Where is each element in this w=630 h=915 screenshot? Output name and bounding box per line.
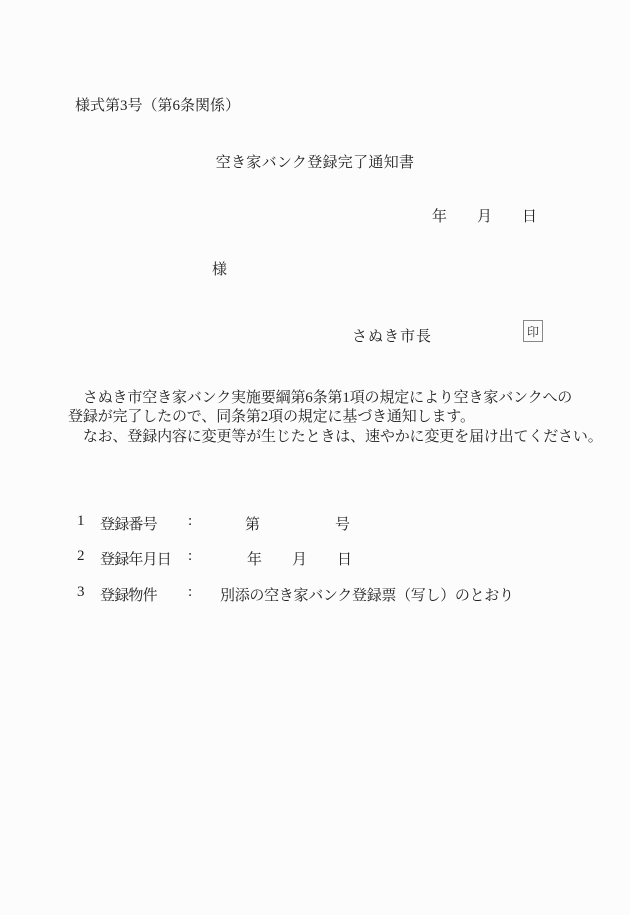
notice-document-page: 様式第3号（第6条関係） 空き家バンク登録完了通知書 年 月 日 様 さぬき市長… <box>0 0 630 915</box>
item-row-registration-date: 2 登録年月日 : 年 月 日 <box>0 548 630 568</box>
addressee-honorific: 様 <box>212 258 227 279</box>
item-value-text: 別添の空き家バンク登録票（写し）のとおり <box>220 584 514 605</box>
body-line-3: なお、登録内容に変更等が生じたときは、速やかに変更を届け出てください。 <box>68 428 603 447</box>
item-row-registration-number: 1 登録番号 : 第 号 <box>0 513 630 533</box>
document-title: 空き家バンク登録完了通知書 <box>0 151 630 172</box>
body-paragraph: さぬき市空き家バンク実施要綱第6条第1項の規定により空き家バンクへの登録が完了し… <box>68 389 603 447</box>
form-number: 様式第3号（第6条関係） <box>75 94 240 115</box>
item-number: 2 <box>77 548 85 565</box>
item-number: 3 <box>77 584 85 601</box>
issue-date-placeholder: 年 月 日 <box>432 205 537 226</box>
item-colon: : <box>188 584 192 601</box>
item-number: 1 <box>77 513 85 530</box>
sender-title: さぬき市長 <box>352 325 432 346</box>
item-colon: : <box>188 548 192 565</box>
body-line-1: さぬき市空き家バンク実施要綱第6条第1項の規定により空き家バンクへの <box>68 389 603 408</box>
item-value-blank: 年 月 日 <box>247 548 352 569</box>
item-colon: : <box>188 513 192 530</box>
body-line-2: 登録が完了したので、同条第2項の規定に基づき通知します。 <box>68 408 603 427</box>
item-row-registered-property: 3 登録物件 : 別添の空き家バンク登録票（写し）のとおり <box>0 584 630 604</box>
item-label: 登録物件 <box>100 584 157 605</box>
official-seal-placeholder: 印 <box>523 320 543 342</box>
item-value-blank: 第 号 <box>245 513 350 534</box>
item-label: 登録年月日 <box>100 548 171 569</box>
item-label: 登録番号 <box>100 513 157 534</box>
